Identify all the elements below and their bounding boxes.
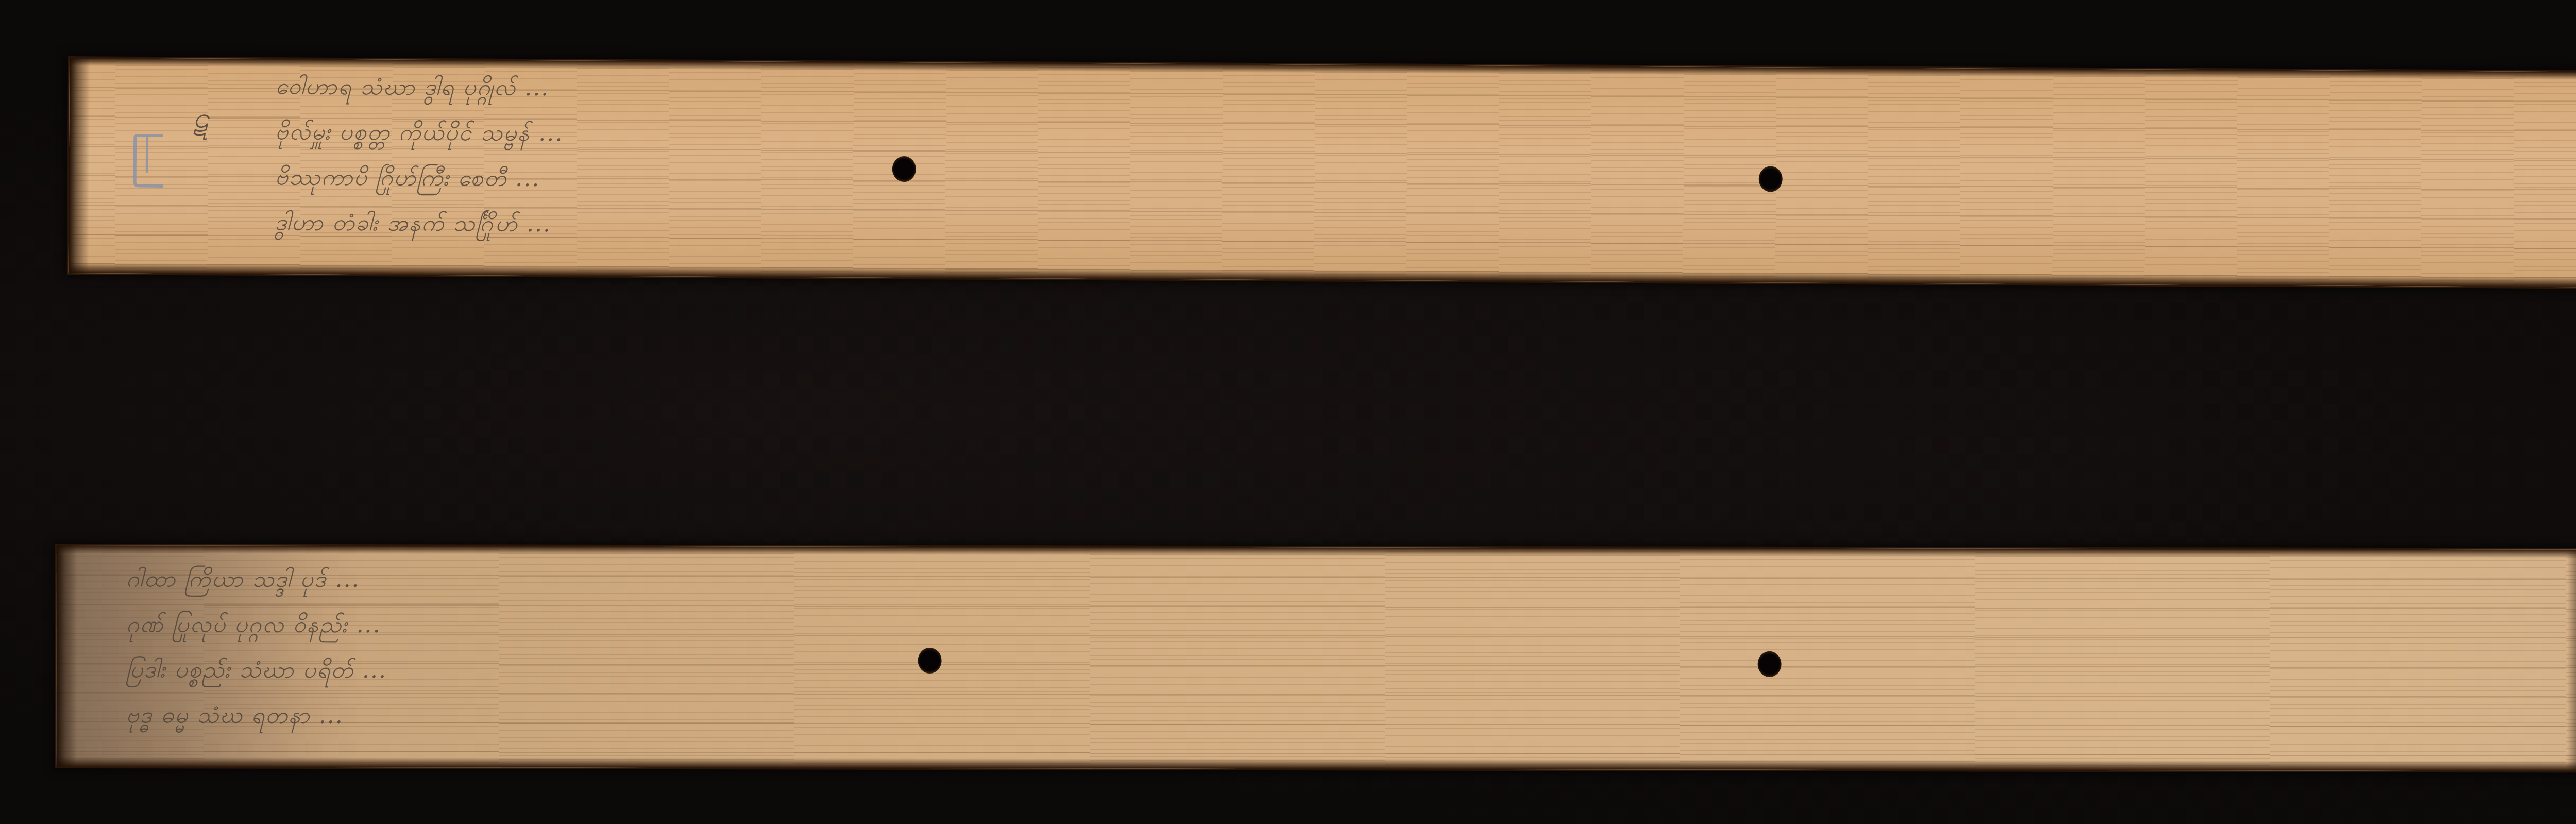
- palm-leaf-top: ဋ ဝေါဟာရ သံဃာ ဒွါရ ပုဂ္ဂိုလ် ... ဗိုလ်မှ…: [69, 58, 2576, 288]
- text-line: ဂုဏ် ပြုလုပ် ပုဂ္ဂလ ဝိနည်း ...: [126, 602, 2393, 651]
- folio-number: ဋ: [193, 99, 209, 142]
- manuscript-text-block: ဝေါဟာရ သံဃာ ဒွါရ ပုဂ္ဂိုလ် ... ဗိုလ်မှူး…: [275, 64, 2543, 258]
- text-line: ဗုဒ္ဓ ဓမ္မ သံဃ ရတနာ ...: [126, 693, 2393, 742]
- text-line: ပြဒါး ပစ္စည်း သံဃာ ပရိတ် ...: [126, 647, 2393, 697]
- text-line: ဂါထာ ကြိယာ သဒ္ဒါ ပုဒ် ...: [126, 557, 2393, 606]
- palm-leaf-bottom: ဂါထာ ကြိယာ သဒ္ဒါ ပုဒ် ... ဂုဏ် ပြုလုပ် ပ…: [56, 545, 2576, 771]
- pencil-annotation-mark: [133, 134, 164, 188]
- manuscript-text-block: ဂါထာ ကြိယာ သဒ္ဒါ ပုဒ် ... ဂုဏ် ပြုလုပ် ပ…: [126, 557, 2393, 742]
